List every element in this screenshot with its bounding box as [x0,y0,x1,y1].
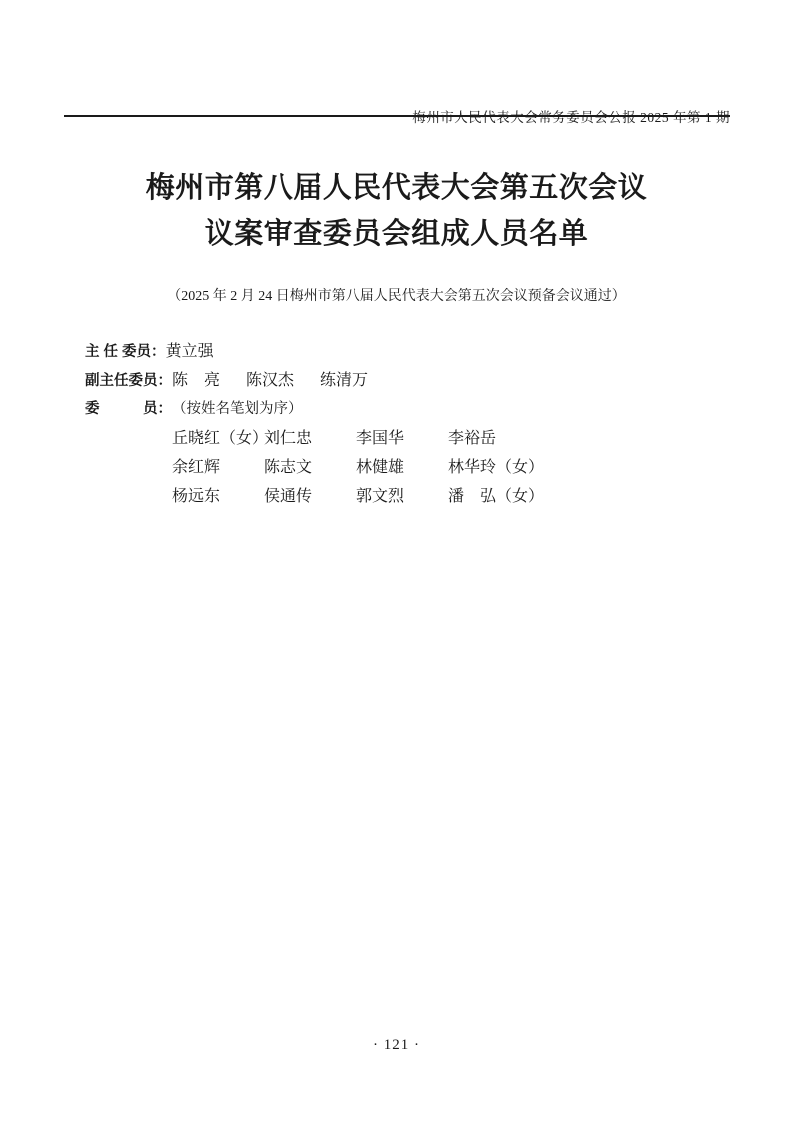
vice-chair-name: 陈汉杰 [246,366,294,395]
members-sort-note: （按姓名笔划为序） [172,395,303,424]
chair-row: 主 任 委员： 黄立强 [85,337,544,366]
document-title: 梅州市第八届人民代表大会第五次会议 议案审查委员会组成人员名单 [0,165,793,257]
members-label-row: 委 员： （按姓名笔划为序） [85,395,544,424]
chair-name: 黄立强 [166,337,214,366]
member-name: 余红辉 [172,453,264,482]
member-name: 陈志文 [264,453,356,482]
member-name: 林健雄 [356,453,448,482]
member-name: 郭文烈 [356,482,448,511]
header-rule [64,115,730,117]
member-name: 林华玲（女） [448,453,544,482]
chair-label: 主 任 委员： [85,338,166,367]
adoption-note: （2025 年 2 月 24 日梅州市第八届人民代表大会第五次会议预备会议通过） [0,287,793,307]
vice-chair-name: 陈 亮 [172,366,220,395]
vice-chair-row: 副主任委员： 陈 亮 陈汉杰 练清万 [85,366,544,395]
member-name: 李国华 [356,424,448,453]
document-title-line-2: 议案审查委员会组成人员名单 [0,211,793,257]
members-label: 委 员： [85,395,172,424]
running-header: 梅州市人民代表大会常务委员会公报 2025 年第 1 期 [64,91,730,145]
roster: 主 任 委员： 黄立强 副主任委员： 陈 亮 陈汉杰 练清万 委 员： （按姓名… [85,337,544,511]
member-name: 李裕岳 [448,424,544,453]
member-name: 杨远东 [172,482,264,511]
page-number: · 121 · [0,1037,793,1054]
members-grid: 丘晓红（女） 刘仁忠 李国华 李裕岳 余红辉 陈志文 林健雄 林华玲（女） 杨远… [172,424,544,511]
member-name: 刘仁忠 [264,424,356,453]
member-name: 潘 弘（女） [448,482,544,511]
member-name: 丘晓红（女） [172,424,264,453]
document-page: 梅州市人民代表大会常务委员会公报 2025 年第 1 期 梅州市第八届人民代表大… [0,0,793,1122]
vice-chair-names: 陈 亮 陈汉杰 练清万 [172,366,368,395]
vice-chair-label: 副主任委员： [85,367,172,396]
journal-title-text: 梅州市人民代表大会常务委员会公报 2025 年第 1 期 [412,110,730,125]
member-name: 侯通传 [264,482,356,511]
document-title-line-1: 梅州市第八届人民代表大会第五次会议 [0,165,793,211]
vice-chair-name: 练清万 [320,366,368,395]
